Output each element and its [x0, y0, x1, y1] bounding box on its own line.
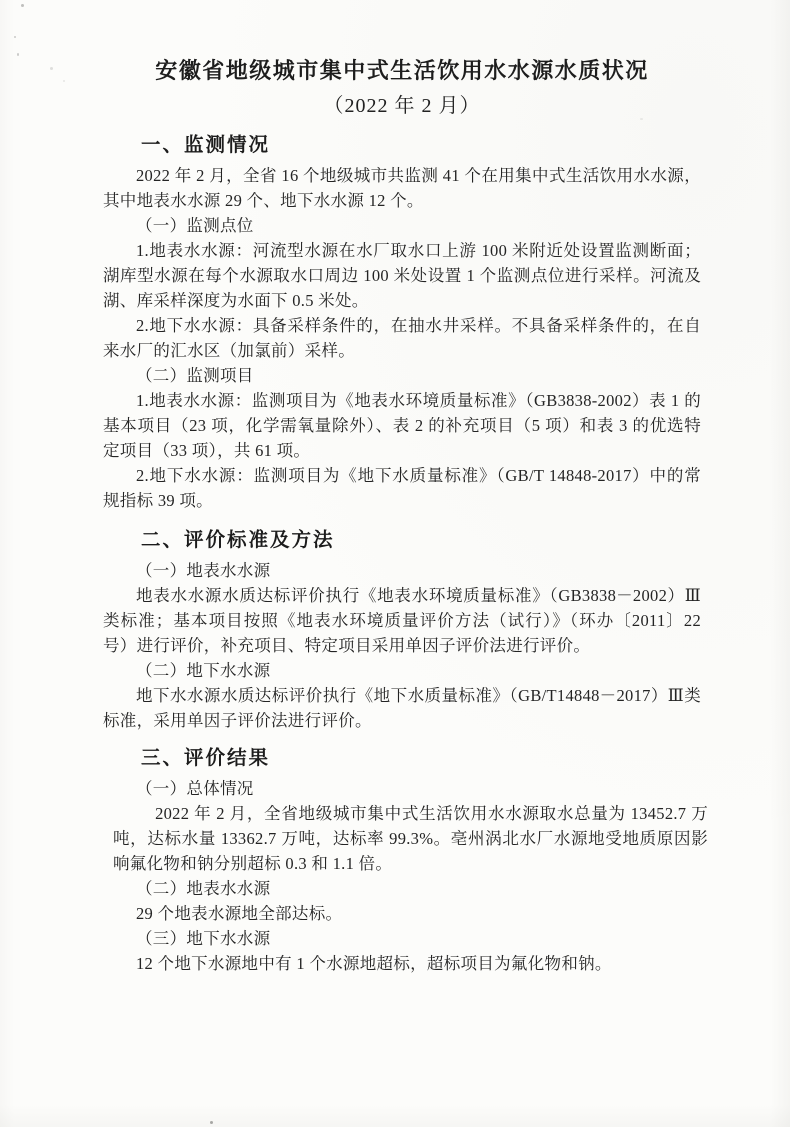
scan-speck	[50, 67, 53, 70]
paragraph: 12 个地下水源地中有 1 个水源地超标，超标项目为氟化物和钠。	[103, 951, 701, 976]
scan-speck	[21, 4, 24, 7]
section-standards: 二、评价标准及方法 （一）地表水水源 地表水水源水质达标评价执行《地表水环境质量…	[103, 528, 701, 733]
section-results: 三、评价结果 （一）总体情况 2022 年 2 月，全省地级城市集中式生活饮用水…	[103, 746, 701, 976]
subsection-heading: （一）监测点位	[103, 213, 701, 238]
scan-speck	[63, 80, 65, 82]
section-1-heading: 一、监测情况	[141, 133, 701, 157]
document-title: 安徽省地级城市集中式生活饮用水水源水质状况	[103, 58, 701, 84]
scan-speck	[17, 53, 19, 56]
subsection-heading: （三）地下水水源	[103, 926, 701, 951]
subsection-heading: （一）总体情况	[103, 776, 701, 801]
subsection-heading: （二）监测项目	[103, 363, 701, 388]
scanned-document-page: 安徽省地级城市集中式生活饮用水水源水质状况 （2022 年 2 月） 一、监测情…	[0, 0, 790, 1127]
paragraph: 2022 年 2 月，全省地级城市集中式生活饮用水水源取水总量为 13452.7…	[113, 801, 708, 876]
paragraph: 地表水水源水质达标评价执行《地表水环境质量标准》（GB3838－2002）Ⅲ类标…	[103, 583, 701, 658]
section-monitoring: 一、监测情况 2022 年 2 月，全省 16 个地级城市共监测 41 个在用集…	[103, 133, 701, 513]
document-subtitle: （2022 年 2 月）	[103, 93, 701, 120]
paragraph: 2.地下水水源：监测项目为《地下水质量标准》（GB/T 14848-2017）中…	[103, 463, 701, 513]
paragraph: 1.地表水水源：河流型水源在水厂取水口上游 100 米附近处设置监测断面；湖库型…	[103, 238, 701, 313]
paragraph: 2022 年 2 月，全省 16 个地级城市共监测 41 个在用集中式生活饮用水…	[103, 163, 701, 213]
subsection-heading: （二）地表水水源	[103, 876, 701, 901]
scan-speck	[210, 1121, 213, 1124]
paragraph: 地下水水源水质达标评价执行《地下水质量标准》（GB/T14848－2017）Ⅲ类…	[103, 683, 701, 733]
subsection-heading: （二）地下水水源	[103, 658, 701, 683]
subsection-heading: （一）地表水水源	[103, 558, 701, 583]
paragraph: 2.地下水水源：具备采样条件的，在抽水井采样。不具备采样条件的，在自来水厂的汇水…	[103, 313, 701, 363]
paragraph: 29 个地表水源地全部达标。	[103, 901, 701, 926]
scan-speck	[14, 36, 16, 38]
section-2-heading: 二、评价标准及方法	[141, 528, 701, 552]
paragraph: 1.地表水水源：监测项目为《地表水环境质量标准》（GB3838-2002）表 1…	[103, 388, 701, 463]
section-3-heading: 三、评价结果	[141, 746, 701, 770]
